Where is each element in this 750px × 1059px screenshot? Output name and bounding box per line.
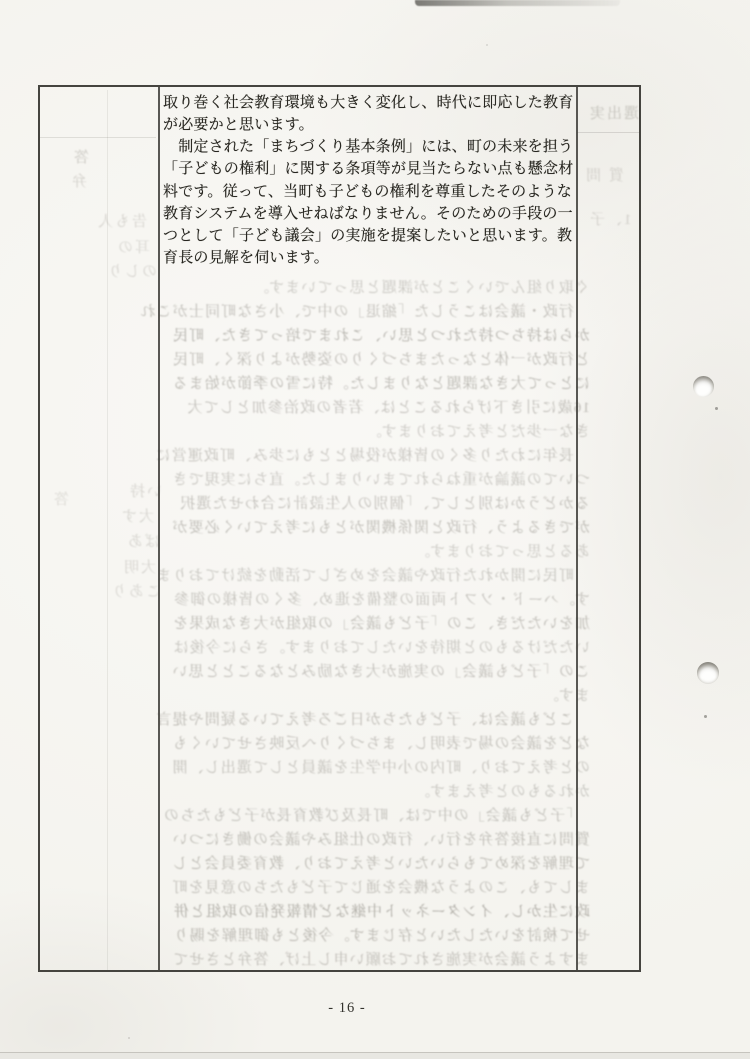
punch-hole bbox=[693, 376, 714, 397]
ink-speck bbox=[486, 44, 488, 46]
scanned-minutes-page: ぐ取り組んでいくことが課題と思っています。 行政・議会はこうした「縮退」の中で、… bbox=[0, 0, 750, 1059]
page-number: - 16 - bbox=[297, 1000, 397, 1017]
ink-speck bbox=[704, 715, 707, 718]
left-column-divider bbox=[158, 87, 160, 970]
ink-speck bbox=[715, 407, 718, 410]
punch-hole bbox=[697, 662, 719, 684]
scan-smudge bbox=[415, 0, 620, 6]
ink-speck bbox=[128, 1037, 130, 1039]
right-column-divider bbox=[576, 87, 578, 970]
question-text-block: 取り巻く社会教育環境も大きく変化し、時代に即応した教育が必要かと思います。 制定… bbox=[163, 92, 572, 269]
scan-bottom-edge bbox=[0, 1052, 750, 1059]
